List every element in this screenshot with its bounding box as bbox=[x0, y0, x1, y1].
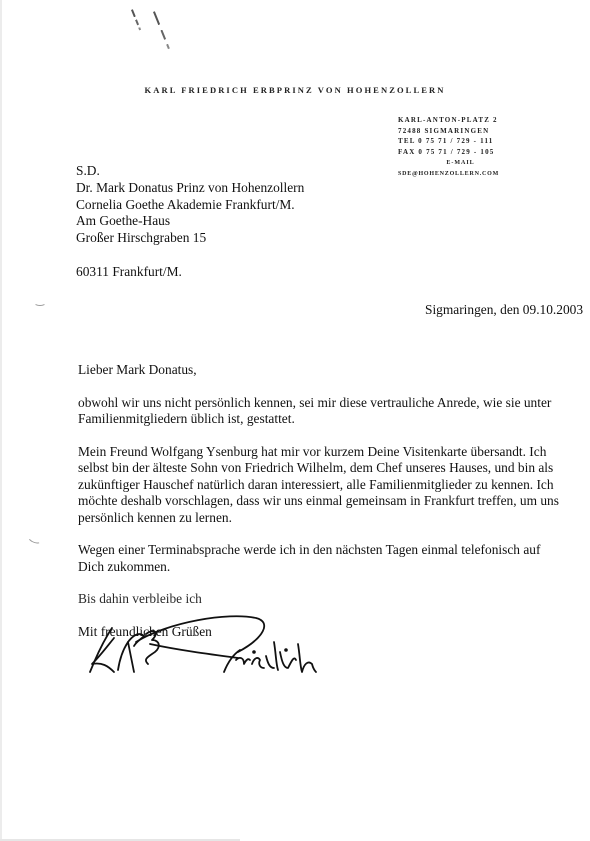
address-fax: FAX 0 75 71 / 729 - 105 bbox=[398, 147, 523, 158]
closing-line: Bis dahin verbleibe ich bbox=[78, 591, 563, 608]
recipient-line: Cornelia Goethe Akademie Frankfurt/M. bbox=[76, 197, 304, 214]
scan-edge bbox=[0, 0, 2, 841]
punch-hole-mark bbox=[34, 300, 46, 306]
greeting: Lieber Mark Donatus, bbox=[78, 362, 563, 379]
letterhead-address: KARL-ANTON-PLATZ 2 72488 SIGMARINGEN TEL… bbox=[398, 115, 523, 179]
recipient-line: Großer Hirschgraben 15 bbox=[76, 230, 304, 247]
recipient-address: S.D. Dr. Mark Donatus Prinz von Hohenzol… bbox=[76, 163, 304, 281]
paragraph: Wegen einer Terminabsprache werde ich in… bbox=[78, 542, 563, 575]
paragraph: obwohl wir uns nicht persönlich kennen, … bbox=[78, 395, 563, 428]
date-line: Sigmaringen, den 09.10.2003 bbox=[425, 302, 583, 318]
recipient-line: Am Goethe-Haus bbox=[76, 213, 304, 230]
scan-scratch-mark bbox=[131, 9, 141, 30]
scan-scratch-mark bbox=[153, 11, 170, 49]
signature-icon bbox=[88, 612, 318, 682]
recipient-line: Dr. Mark Donatus Prinz von Hohenzollern bbox=[76, 180, 304, 197]
letterhead-name: KARL FRIEDRICH ERBPRINZ VON HOHENZOLLERN bbox=[0, 85, 590, 95]
recipient-city: 60311 Frankfurt/M. bbox=[76, 264, 304, 281]
address-phone: TEL 0 75 71 / 729 - 111 bbox=[398, 136, 523, 147]
recipient-line: S.D. bbox=[76, 163, 304, 180]
email-label: E-MAIL bbox=[398, 158, 523, 169]
letter-page: KARL FRIEDRICH ERBPRINZ VON HOHENZOLLERN… bbox=[0, 0, 590, 841]
paragraph: Mein Freund Wolfgang Ysenburg hat mir vo… bbox=[78, 444, 563, 527]
email-address: SDE@HOHENZOLLERN.COM bbox=[398, 169, 523, 180]
punch-hole-mark bbox=[27, 533, 43, 545]
address-city: 72488 SIGMARINGEN bbox=[398, 126, 523, 137]
address-street: KARL-ANTON-PLATZ 2 bbox=[398, 115, 523, 126]
